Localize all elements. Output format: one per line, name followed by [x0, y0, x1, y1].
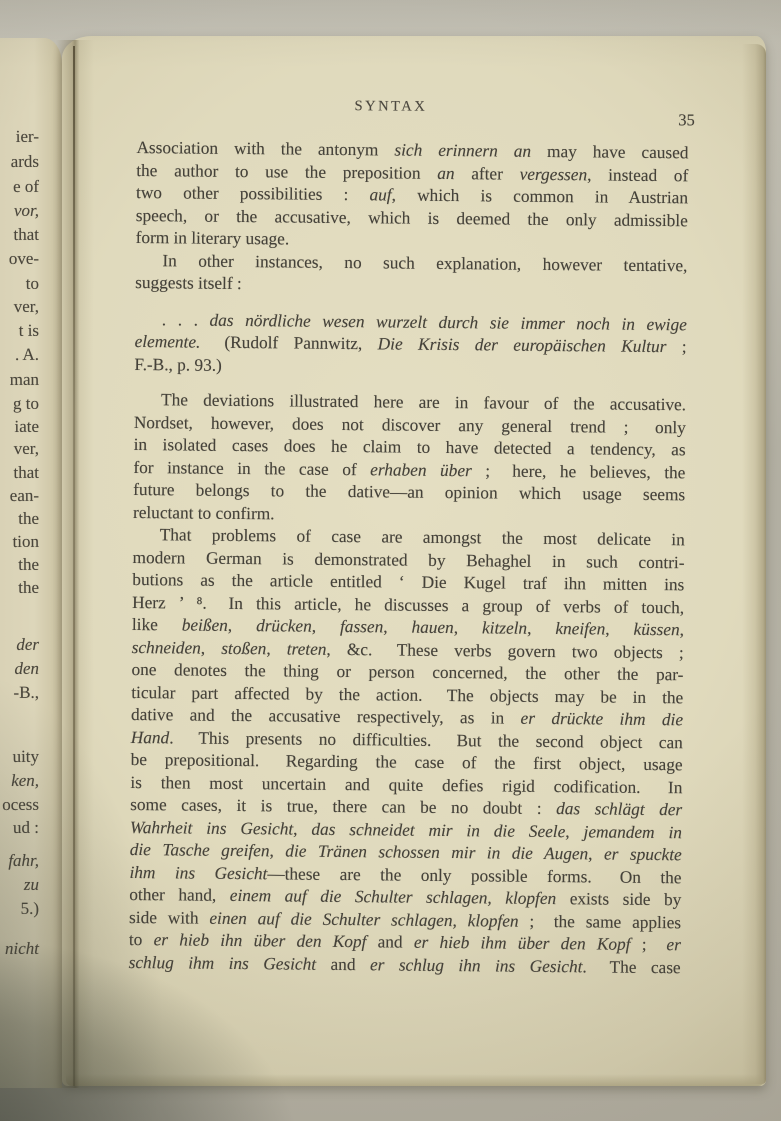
italic-text: kneifen [555, 619, 605, 638]
left-page-fragment: iate [0, 416, 39, 438]
italic-text: kitzeln [482, 618, 527, 637]
italic-text: jemandem in [583, 822, 682, 842]
italic-text: das schlägt der [556, 799, 682, 819]
left-page-fragment: -B., [0, 682, 39, 704]
roman-text: like [132, 615, 182, 634]
text-block: SYNTAX 35 Association with the antonym s… [129, 96, 689, 979]
roman-text: , [201, 638, 222, 657]
roman-text: dative and the accusative respectively, … [131, 705, 521, 728]
roman-text: , [454, 618, 482, 637]
roman-text: , [588, 844, 604, 863]
italic-text: treten [287, 639, 327, 658]
italic-text: das nördliche wesen wurzelt durch sie im… [209, 310, 686, 334]
italic-text: die Tränen schossen mir in die Augen [285, 841, 588, 863]
left-page-fragment: ver, [0, 296, 39, 318]
italic-text: elemente. [135, 332, 201, 352]
left-page-fragment: the [0, 508, 39, 530]
italic-text: einem auf die Schulter schlagen, klopfen [230, 886, 557, 908]
italic-text: er hieb ihm über den Kopf [414, 933, 631, 954]
roman-text: ; the same applies [519, 911, 682, 932]
roman-text: —these are the only possible forms. On t… [267, 864, 681, 887]
roman-text: the author to use the preposition [136, 160, 437, 182]
right-page: SYNTAX 35 Association with the antonym s… [62, 36, 766, 1086]
left-page-fragment: ards [0, 151, 39, 173]
page-fore-edge [742, 44, 766, 1084]
roman-text: Nordset, however, does not discover any … [134, 412, 686, 436]
italic-text: er drückte ihm die [521, 709, 684, 730]
roman-text: , [383, 617, 411, 636]
left-page-fragment: zu [0, 874, 39, 896]
roman-text: and [366, 932, 414, 951]
italic-text: schneiden [132, 637, 201, 657]
left-page-fragment: to [0, 273, 39, 295]
roman-text: , [269, 841, 285, 860]
left-page-fragment: ean- [0, 485, 39, 507]
roman-text: reluctant to confirm. [133, 502, 275, 522]
roman-text: (Rudolf Pannwitz, [200, 333, 378, 354]
italic-text: er spuckte [604, 845, 682, 865]
roman-text: , [228, 616, 256, 635]
left-page-fragment: ken, [0, 770, 39, 792]
roman-text: be prepositional. Regarding the case of … [131, 750, 683, 774]
roman-text: , [293, 819, 311, 838]
roman-text: , &c. These verbs govern two objects ; [326, 639, 683, 661]
roman-text: ; [630, 935, 666, 954]
left-page-fragment: that [0, 462, 39, 484]
italic-text: sich erinnern an [394, 140, 531, 160]
roman-text: , [680, 620, 685, 639]
roman-text: ; [666, 337, 686, 356]
italic-text: er schlug ihn ins Gesicht [370, 955, 583, 976]
italic-text: vergessen [520, 164, 588, 184]
roman-text: , [312, 617, 340, 636]
italic-text: erhaben über [370, 460, 472, 480]
roman-text: after [454, 164, 519, 184]
italic-text: einen auf die Schulter schlagen, klopfen [209, 908, 518, 930]
roman-text: suggests itself : [135, 273, 242, 293]
roman-text: , [527, 619, 555, 638]
roman-text: , [565, 822, 583, 841]
left-page-fragment: e of [0, 176, 39, 198]
italic-text: er [666, 935, 681, 954]
left-page-fragment: uity [0, 746, 39, 768]
page-title: SYNTAX [137, 96, 645, 118]
body-text: Association with the antonym sich erinne… [129, 137, 689, 979]
left-page-fragment: ove- [0, 248, 39, 270]
italic-text: hauen [411, 618, 453, 637]
left-page-fragment: fahr, [0, 850, 39, 872]
italic-text: auf [369, 185, 391, 204]
roman-text: is then most uncertain and quite defies … [130, 772, 682, 796]
roman-text: , [266, 639, 287, 658]
page-bottom-edge [66, 1074, 764, 1086]
page-number: 35 [678, 110, 695, 130]
left-page-fragment: den [0, 658, 39, 680]
roman-text: , [605, 620, 633, 639]
roman-text: , which is common in Austrian [392, 185, 689, 207]
left-page-fragment: der [0, 634, 39, 656]
roman-text: Herz ’ ⁸. In this article, he discusses … [132, 592, 684, 616]
roman-text: ; here, he believes, the [472, 461, 686, 482]
roman-text: modern German is demonstrated by Behaghe… [132, 547, 684, 571]
roman-text: . This presents no difficulties. But the… [169, 728, 683, 752]
roman-text: and [316, 954, 370, 974]
left-page-fragment: ocess [0, 794, 39, 816]
roman-text: future belongs to the dative—an opinion … [133, 480, 685, 504]
italic-text: Die Krisis der europäischen Kultur [378, 334, 667, 356]
roman-text: That problems of case are amongst the mo… [160, 525, 685, 549]
roman-text: some cases, it is true, there can be no … [130, 795, 556, 818]
roman-text: for instance in the case of [133, 457, 370, 478]
left-page-fragment: vor, [0, 200, 39, 222]
left-page-fragment: ver, [0, 438, 39, 460]
roman-text: to [129, 930, 154, 949]
left-page-fragment: . A. [0, 344, 39, 366]
roman-text: other hand, [129, 885, 230, 905]
left-page-fragment: t is [0, 320, 39, 342]
roman-text: Association with the antonym [136, 138, 394, 159]
italic-text: stoßen [221, 638, 266, 657]
roman-text: one denotes the thing or person concerne… [131, 660, 683, 684]
left-page-fragment: tion [0, 531, 39, 553]
italic-text: drücken [256, 616, 312, 636]
italic-text: er hieb ihn über den Kopf [154, 930, 367, 951]
left-page-fragment: nicht [0, 938, 39, 960]
italic-text: Wahrheit ins Gesicht [130, 817, 293, 838]
italic-text: das schneidet mir in die Seele [311, 819, 565, 840]
roman-text: form in literary usage. [136, 228, 290, 248]
italic-text: beißen [182, 615, 228, 634]
roman-text: may have caused [531, 142, 689, 163]
italic-text: Hand [131, 727, 170, 746]
roman-text: two other possibilities : [136, 183, 370, 204]
roman-text: , instead of [587, 165, 688, 185]
roman-text: exists side by [556, 889, 681, 909]
roman-text: . The case [582, 957, 680, 977]
roman-text: F.-B., p. 93.) [134, 354, 222, 374]
left-page-fragment: ud : [0, 817, 39, 839]
book-photo: SYNTAX 35 Association with the antonym s… [0, 0, 781, 1121]
roman-text: butions as the article entitled ‘ Die Ku… [132, 570, 684, 594]
italic-text: schlug ihm ins Gesicht [129, 952, 317, 973]
italic-text: küssen [633, 620, 679, 639]
running-head: SYNTAX 35 [137, 96, 689, 127]
roman-text: The deviations illustrated here are in f… [161, 390, 686, 414]
gutter-shadow [56, 40, 94, 1088]
left-page-fragment: g to [0, 393, 39, 415]
left-page-fragment: the [0, 554, 39, 576]
left-page-fragment: the [0, 577, 39, 599]
gutter-line [73, 46, 75, 1086]
text-line: schlug ihm ins Gesicht and er schlug ihn… [129, 951, 681, 979]
left-page-fragment: that [0, 224, 39, 246]
left-page-fragments: ier-ardse ofvor,thatove-tover,t is. A.ma… [0, 0, 41, 1121]
left-page-fragment: man [0, 369, 39, 391]
roman-text: side with [129, 907, 209, 927]
italic-text: fassen [340, 617, 383, 636]
roman-text: . . . [162, 310, 210, 329]
italic-text: ihm ins Gesicht [129, 862, 267, 882]
italic-text: die Tasche greifen [130, 840, 270, 860]
left-page-fragment: ier- [0, 126, 39, 148]
left-page-fragment: 5.) [0, 898, 39, 920]
roman-text: In other instances, no such explanation,… [162, 251, 687, 275]
roman-text: ticular part affected by the action. The… [131, 682, 683, 706]
roman-text: in isolated cases does he claim to have … [134, 435, 686, 459]
italic-text: an [437, 163, 454, 182]
roman-text: speech, or the accusative, which is deem… [136, 205, 688, 229]
